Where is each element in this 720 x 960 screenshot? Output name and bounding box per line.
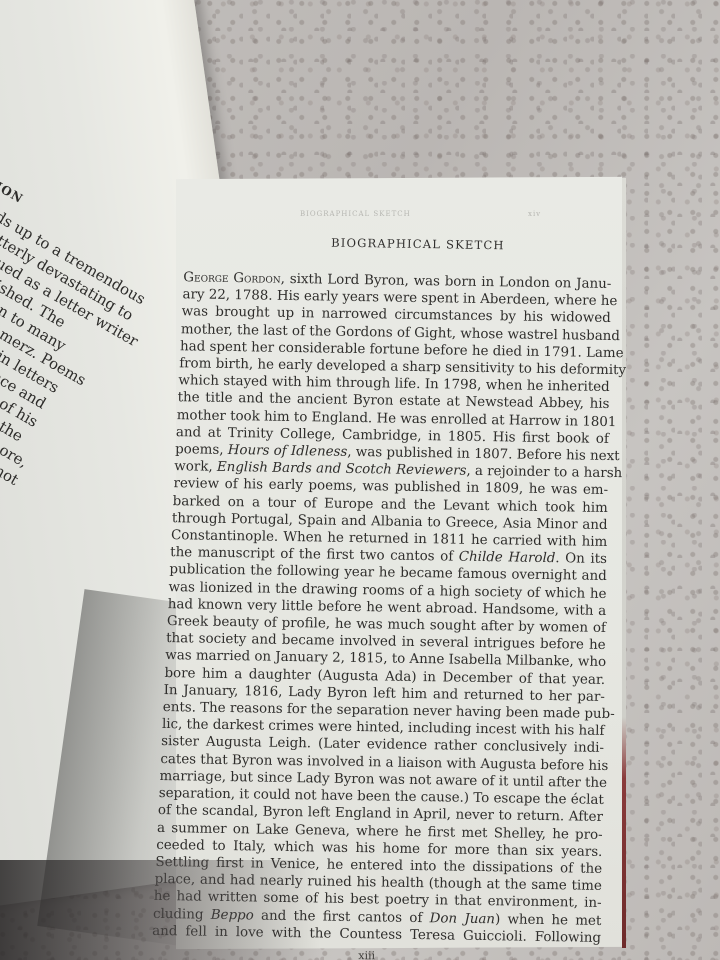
italic-title: Childe Harold xyxy=(459,550,556,567)
text-segment: work, xyxy=(174,459,217,475)
text-segment: poems, xyxy=(175,442,228,458)
text-segment: ) when he met xyxy=(495,912,602,929)
text-segment: . On its xyxy=(555,551,607,567)
running-head-page-number: xiv xyxy=(528,210,541,218)
right-running-head: BIOGRAPHICAL SKETCH xiv xyxy=(300,210,600,218)
running-head-title: BIOGRAPHICAL SKETCH xyxy=(300,210,411,218)
opening-small-caps: George Gordon xyxy=(183,270,281,287)
body-text: George Gordon, sixth Lord Byron, was bor… xyxy=(173,269,611,947)
hand-shadow xyxy=(0,860,320,960)
page-edge xyxy=(622,178,626,948)
text-segment: , a rejoinder to a harsh xyxy=(466,464,622,481)
italic-title: Hours of Idleness xyxy=(228,443,348,460)
right-page-text-block: BIOGRAPHICAL SKETCH George Gordon, sixth… xyxy=(173,233,612,960)
italic-title: Don Juan xyxy=(430,911,496,927)
